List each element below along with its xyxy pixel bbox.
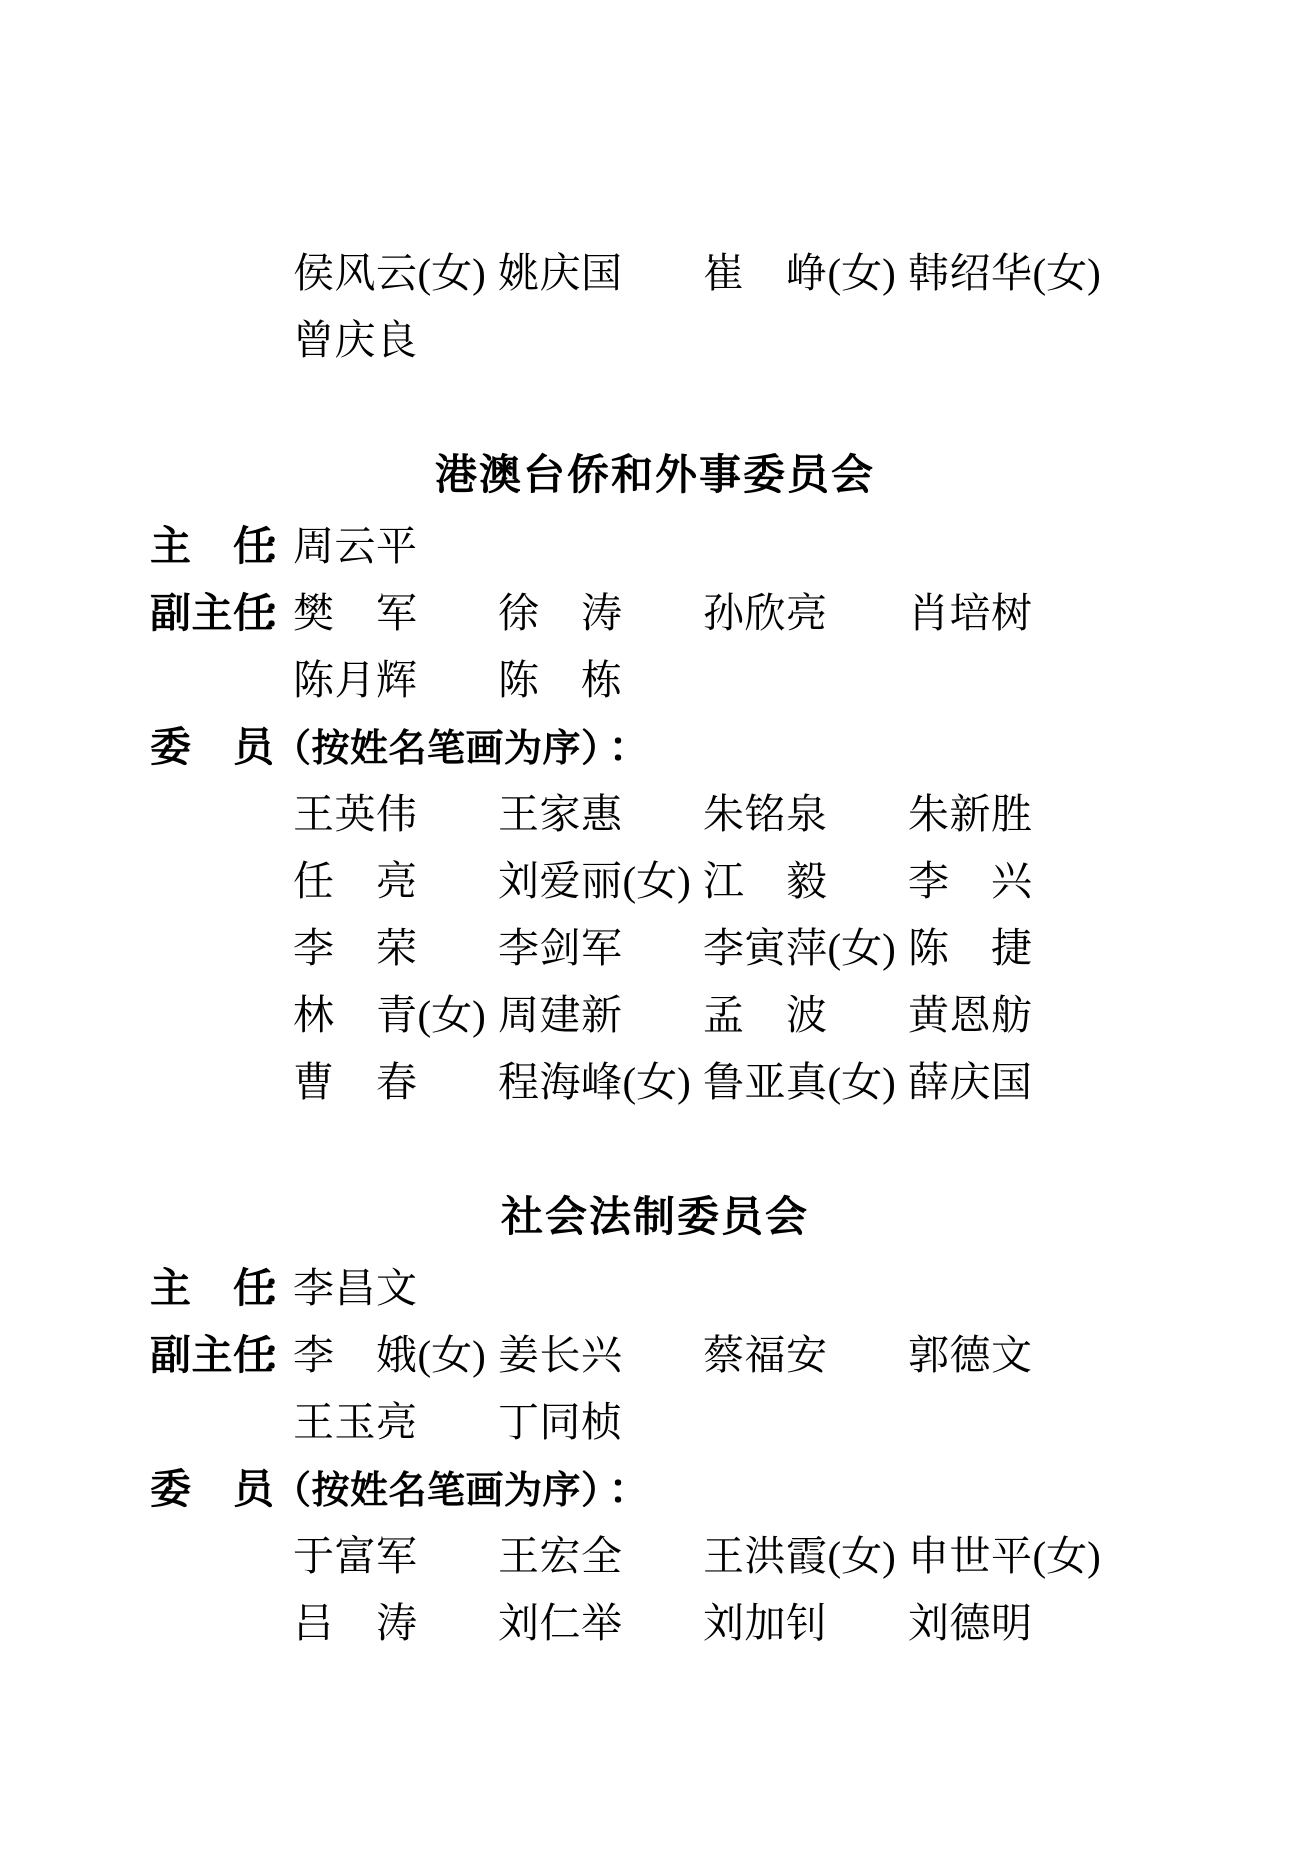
member-name: 徐 涛	[498, 590, 623, 636]
member-name: 于富军	[293, 1533, 418, 1579]
member-name: 吕 涛	[293, 1600, 418, 1646]
member-name-cell: 李 娥(女)	[293, 1328, 498, 1382]
member-name: 韩绍华	[908, 250, 1033, 296]
member-name: 江 毅	[703, 858, 828, 904]
member-name-cell: 韩绍华(女)	[908, 246, 1113, 300]
row-label: 委 员	[150, 1462, 273, 1516]
member-name-cell: 王玉亮	[293, 1395, 498, 1449]
member-name: 林 青	[293, 992, 418, 1038]
member-name-cell: 李寅萍(女)	[703, 921, 908, 975]
names-row: 任 亮刘爱丽(女)江 毅李 兴	[150, 854, 1310, 921]
member-name-cell: 丁同桢	[498, 1395, 703, 1449]
section-title-row: 社会法制委员会	[0, 1122, 1310, 1261]
member-name-cell: 曾庆良	[293, 313, 498, 367]
member-name-cell: 姚庆国	[498, 246, 703, 300]
member-name-cell: 刘德明	[908, 1596, 1113, 1650]
member-name: 姜长兴	[498, 1332, 623, 1378]
member-name-cell: 郭德文	[908, 1328, 1113, 1382]
gender-suffix: (女)	[418, 1332, 486, 1378]
names-row: 吕 涛刘仁举刘加钊刘德明	[150, 1596, 1310, 1663]
member-name: 崔 峥	[703, 250, 828, 296]
member-name: 任 亮	[293, 858, 418, 904]
member-name-cell: 侯风云(女)	[293, 246, 498, 300]
member-name-cell: 李剑军	[498, 921, 703, 975]
row-label: 主 任	[150, 1261, 273, 1315]
member-name: 周云平	[293, 523, 418, 569]
member-name-cell: 李昌文	[293, 1261, 498, 1315]
label-colon: ：	[273, 1328, 293, 1382]
document-body: 侯风云(女)姚庆国崔 峥(女)韩绍华(女)曾庆良港澳台侨和外事委员会主 任：周云…	[150, 246, 1310, 1663]
names-row: 林 青(女)周建新孟 波黄恩舫	[150, 988, 1310, 1055]
names-row: 王玉亮丁同桢	[150, 1395, 1310, 1462]
label-colon: ：	[273, 519, 293, 573]
member-name: 朱铭泉	[703, 791, 828, 837]
member-name: 刘仁举	[498, 1600, 623, 1646]
gender-suffix: (女)	[1033, 1533, 1101, 1579]
member-name: 陈 栋	[498, 657, 623, 703]
member-name: 李寅萍	[703, 925, 828, 971]
member-name-cell: 刘仁举	[498, 1596, 703, 1650]
names-row: 李 荣李剑军李寅萍(女)陈 捷	[150, 921, 1310, 988]
member-name: 朱新胜	[908, 791, 1033, 837]
sort-order-note: （按姓名笔画为序）	[273, 1470, 620, 1512]
member-name: 王宏全	[498, 1533, 623, 1579]
label-colon: ：	[620, 1462, 640, 1516]
member-name-cell: 徐 涛	[498, 586, 703, 640]
member-name-cell: 黄恩舫	[908, 988, 1113, 1042]
member-name: 李剑军	[498, 925, 623, 971]
names-row: 王英伟王家惠朱铭泉朱新胜	[150, 787, 1310, 854]
member-name: 鲁亚真	[703, 1059, 828, 1105]
names-row: 曹 春程海峰(女)鲁亚真(女)薛庆国	[150, 1055, 1310, 1122]
label-row: 委 员（按姓名笔画为序）：	[150, 1462, 1310, 1529]
section-title: 社会法制委员会	[501, 1193, 809, 1240]
member-name-cell: 江 毅	[703, 854, 908, 908]
member-name-cell: 薛庆国	[908, 1055, 1113, 1109]
names-row: 侯风云(女)姚庆国崔 峥(女)韩绍华(女)	[150, 246, 1310, 313]
member-name: 肖培树	[908, 590, 1033, 636]
label-row: 副主任：樊 军徐 涛孙欣亮肖培树	[150, 586, 1310, 653]
member-name-cell: 陈 捷	[908, 921, 1113, 975]
gender-suffix: (女)	[418, 250, 486, 296]
member-name: 陈 捷	[908, 925, 1033, 971]
member-name: 刘加钊	[703, 1600, 828, 1646]
member-name: 申世平	[908, 1533, 1033, 1579]
row-label: 副主任	[150, 1328, 273, 1382]
label-row: 主 任：李昌文	[150, 1261, 1310, 1328]
member-name-cell: 刘爱丽(女)	[498, 854, 703, 908]
member-name-cell: 周建新	[498, 988, 703, 1042]
gender-suffix: (女)	[623, 858, 691, 904]
member-name-cell: 王洪霞(女)	[703, 1529, 908, 1583]
gender-suffix: (女)	[828, 1533, 896, 1579]
member-name-cell: 刘加钊	[703, 1596, 908, 1650]
row-label: 委 员	[150, 720, 273, 774]
member-name-cell: 陈 栋	[498, 653, 703, 707]
section-title-row: 港澳台侨和外事委员会	[0, 380, 1310, 519]
label-colon: ：	[620, 720, 640, 774]
member-name-cell: 于富军	[293, 1529, 498, 1583]
member-name-cell: 程海峰(女)	[498, 1055, 703, 1109]
member-name-cell: 王宏全	[498, 1529, 703, 1583]
names-row: 陈月辉陈 栋	[150, 653, 1310, 720]
member-name-cell: 孙欣亮	[703, 586, 908, 640]
member-name-cell: 蔡福安	[703, 1328, 908, 1382]
member-name: 郭德文	[908, 1332, 1033, 1378]
member-name-cell: 周云平	[293, 519, 498, 573]
member-name-cell: 申世平(女)	[908, 1529, 1113, 1583]
label-row: 主 任：周云平	[150, 519, 1310, 586]
member-name: 王洪霞	[703, 1533, 828, 1579]
member-name: 侯风云	[293, 250, 418, 296]
member-name-cell: 王英伟	[293, 787, 498, 841]
member-name-cell: 任 亮	[293, 854, 498, 908]
member-name: 王家惠	[498, 791, 623, 837]
gender-suffix: (女)	[828, 250, 896, 296]
member-name-cell: 朱铭泉	[703, 787, 908, 841]
label-row: 副主任：李 娥(女)姜长兴蔡福安郭德文	[150, 1328, 1310, 1395]
member-name-cell: 李 荣	[293, 921, 498, 975]
member-name: 姚庆国	[498, 250, 623, 296]
member-name: 曹 春	[293, 1059, 418, 1105]
names-row: 曾庆良	[150, 313, 1310, 380]
member-name: 刘德明	[908, 1600, 1033, 1646]
row-label: 主 任	[150, 519, 273, 573]
label-colon: ：	[273, 1261, 293, 1315]
member-name: 刘爱丽	[498, 858, 623, 904]
label-row: 委 员（按姓名笔画为序）：	[150, 720, 1310, 787]
member-name: 曾庆良	[293, 317, 418, 363]
member-name-cell: 陈月辉	[293, 653, 498, 707]
member-name: 李 兴	[908, 858, 1033, 904]
member-name-cell: 姜长兴	[498, 1328, 703, 1382]
member-name: 陈月辉	[293, 657, 418, 703]
gender-suffix: (女)	[418, 992, 486, 1038]
sort-order-note: （按姓名笔画为序）	[273, 728, 620, 770]
gender-suffix: (女)	[623, 1059, 691, 1105]
member-name: 孙欣亮	[703, 590, 828, 636]
document-page: 侯风云(女)姚庆国崔 峥(女)韩绍华(女)曾庆良港澳台侨和外事委员会主 任：周云…	[0, 0, 1310, 1871]
member-name-cell: 王家惠	[498, 787, 703, 841]
label-colon: ：	[273, 586, 293, 640]
gender-suffix: (女)	[828, 925, 896, 971]
member-name: 王玉亮	[293, 1399, 418, 1445]
names-row: 于富军王宏全王洪霞(女)申世平(女)	[150, 1529, 1310, 1596]
gender-suffix: (女)	[1033, 250, 1101, 296]
member-name-cell: 崔 峥(女)	[703, 246, 908, 300]
row-label: 副主任	[150, 586, 273, 640]
member-name-cell: 孟 波	[703, 988, 908, 1042]
section-title: 港澳台侨和外事委员会	[435, 451, 875, 498]
member-name-cell: 樊 军	[293, 586, 498, 640]
gender-suffix: (女)	[828, 1059, 896, 1105]
member-name: 蔡福安	[703, 1332, 828, 1378]
member-name: 孟 波	[703, 992, 828, 1038]
member-name: 丁同桢	[498, 1399, 623, 1445]
member-name-cell: 曹 春	[293, 1055, 498, 1109]
member-name: 黄恩舫	[908, 992, 1033, 1038]
member-name: 王英伟	[293, 791, 418, 837]
member-name: 李 荣	[293, 925, 418, 971]
member-name: 樊 军	[293, 590, 418, 636]
member-name: 程海峰	[498, 1059, 623, 1105]
member-name-cell: 肖培树	[908, 586, 1113, 640]
member-name: 李 娥	[293, 1332, 418, 1378]
member-name-cell: 吕 涛	[293, 1596, 498, 1650]
member-name-cell: 李 兴	[908, 854, 1113, 908]
member-name: 周建新	[498, 992, 623, 1038]
member-name-cell: 林 青(女)	[293, 988, 498, 1042]
member-name: 薛庆国	[908, 1059, 1033, 1105]
member-name-cell: 朱新胜	[908, 787, 1113, 841]
member-name: 李昌文	[293, 1265, 418, 1311]
member-name-cell: 鲁亚真(女)	[703, 1055, 908, 1109]
